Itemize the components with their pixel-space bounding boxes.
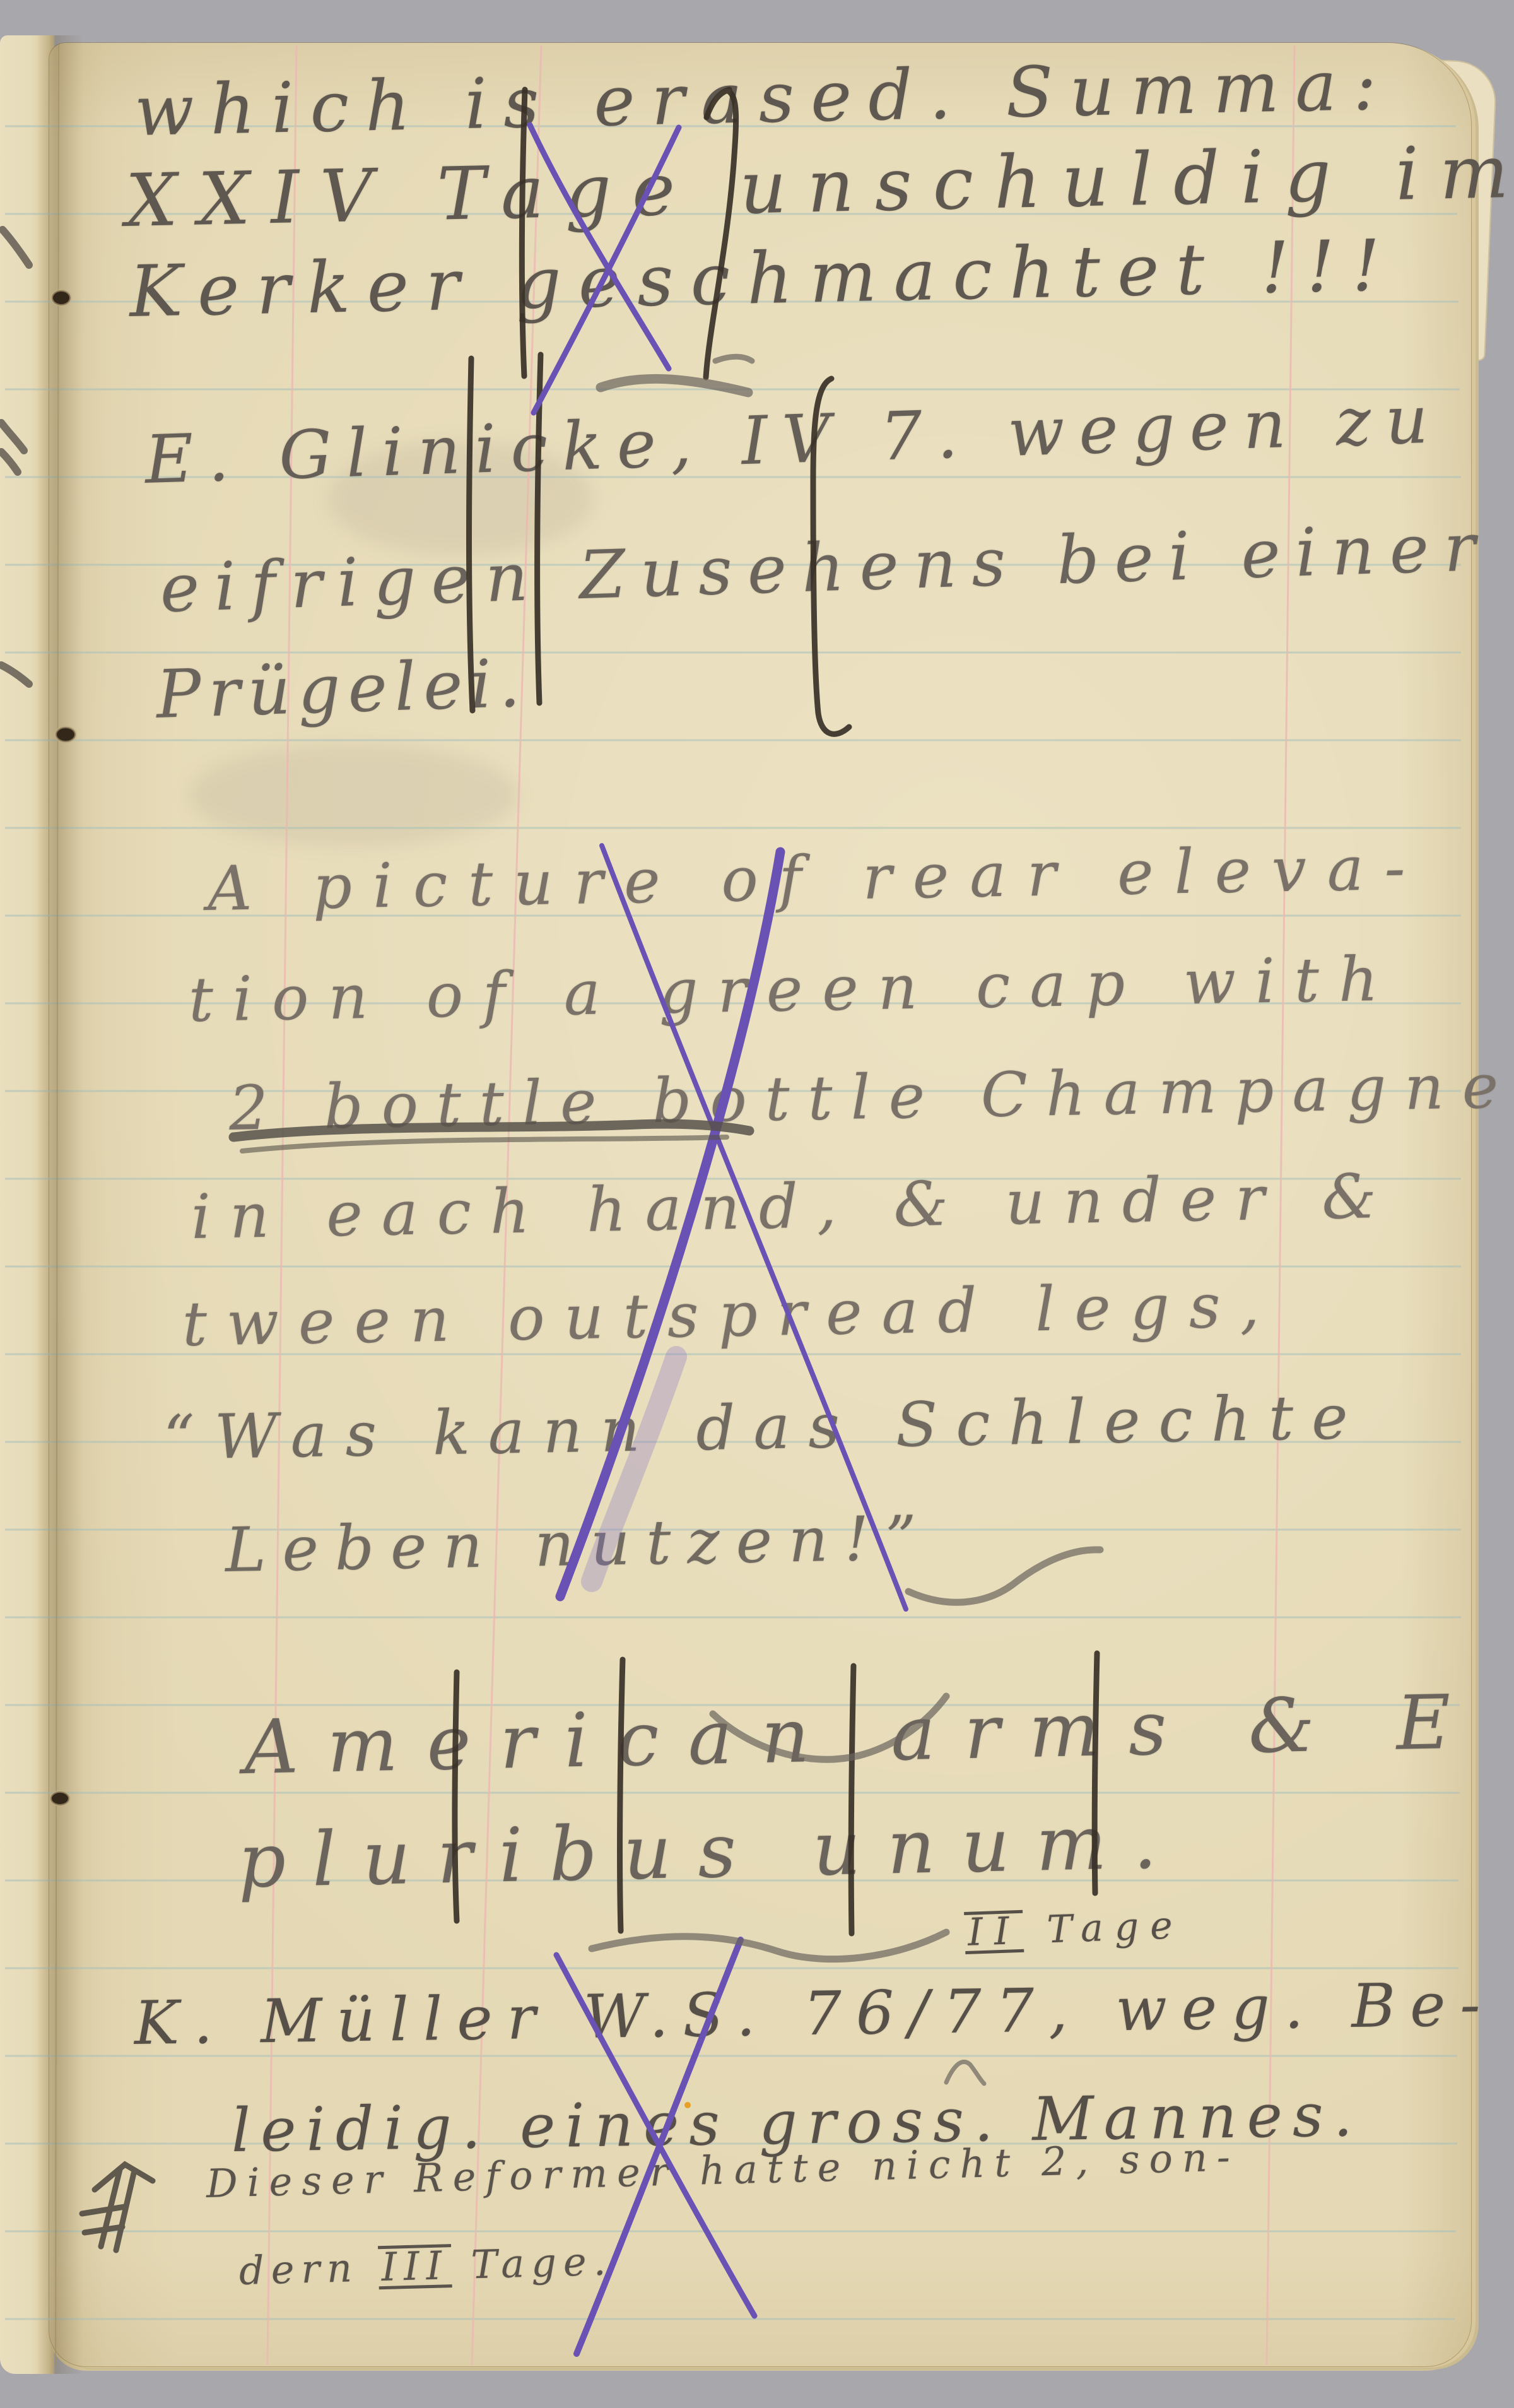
footnote-word: Tage. bbox=[471, 2238, 613, 2287]
gutter-shadow bbox=[37, 35, 83, 2374]
roman-numeral: III bbox=[378, 2244, 452, 2289]
handwritten-line: Prügelei. bbox=[155, 645, 529, 733]
graphite-smudge bbox=[189, 745, 517, 846]
superscript-insertion: II Tage bbox=[964, 1903, 1185, 1955]
struck-words: 2 bottle bbox=[228, 1066, 615, 1144]
handwritten-line: Leben nutzen!” bbox=[225, 1502, 934, 1586]
superscript-word: Tage bbox=[1046, 1903, 1184, 1952]
footnote-word: dern bbox=[238, 2245, 360, 2294]
roman-numeral: II bbox=[964, 1910, 1024, 1954]
handwritten-line: dern III Tage. bbox=[238, 2238, 613, 2293]
scanned-notebook-photo: { "page": { "background_color": "#a8a7ab… bbox=[0, 0, 1514, 2408]
